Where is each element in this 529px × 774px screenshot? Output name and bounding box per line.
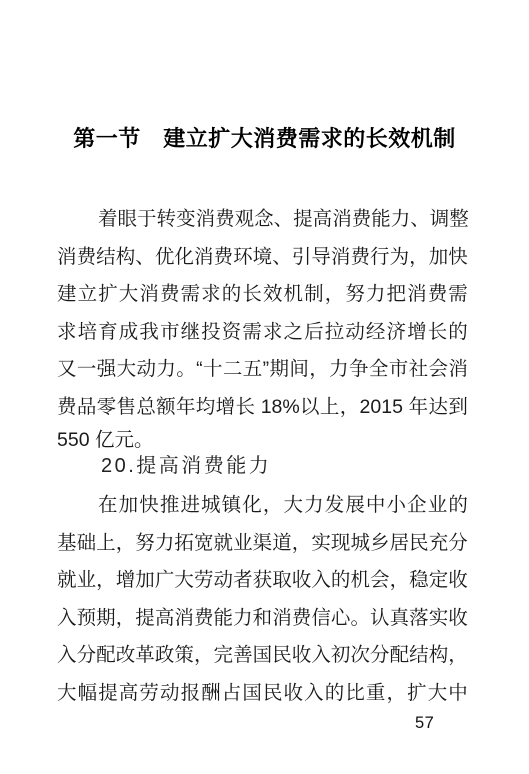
text-line: 大幅提高劳动报酬占国民收入的比重，扩大中	[57, 671, 468, 709]
paragraph-1: 着眼于转变消费观念、提高消费能力、调整 消费结构、优化消费环境、引导消费行为，加…	[57, 197, 468, 460]
subsection-heading: 20.提高消费能力	[101, 455, 271, 478]
text-line: 着眼于转变消费观念、提高消费能力、调整	[57, 197, 468, 235]
text-line: 求培育成我市继投资需求之后拉动经济增长的	[57, 310, 468, 348]
section-heading: 第一节 建立扩大消费需求的长效机制	[0, 122, 529, 153]
text-line: 建立扩大消费需求的长效机制，努力把消费需	[57, 272, 468, 310]
text-line: 消费结构、优化消费环境、引导消费行为，加快	[57, 235, 468, 273]
page-number: 57	[415, 714, 434, 733]
text-line: 入分配改革政策，完善国民收入初次分配结构，	[57, 633, 468, 671]
text-line: 基础上，努力拓宽就业渠道，实现城乡居民充分	[57, 521, 468, 559]
paragraph-2: 在加快推进城镇化，大力发展中小企业的 基础上，努力拓宽就业渠道，实现城乡居民充分…	[57, 483, 468, 708]
book-page: 第一节 建立扩大消费需求的长效机制 着眼于转变消费观念、提高消费能力、调整 消费…	[0, 0, 529, 774]
text-line: 入预期，提高消费能力和消费信心。认真落实收	[57, 596, 468, 634]
text-line: 又一强大动力。“十二五”期间，力争全市社会消	[57, 347, 468, 385]
text-line: 550 亿元。	[57, 422, 468, 460]
text-line: 在加快推进城镇化，大力发展中小企业的	[57, 483, 468, 521]
text-line: 就业，增加广大劳动者获取收入的机会，稳定收	[57, 558, 468, 596]
text-line: 费品零售总额年均增长 18%以上，2015 年达到	[57, 385, 468, 423]
